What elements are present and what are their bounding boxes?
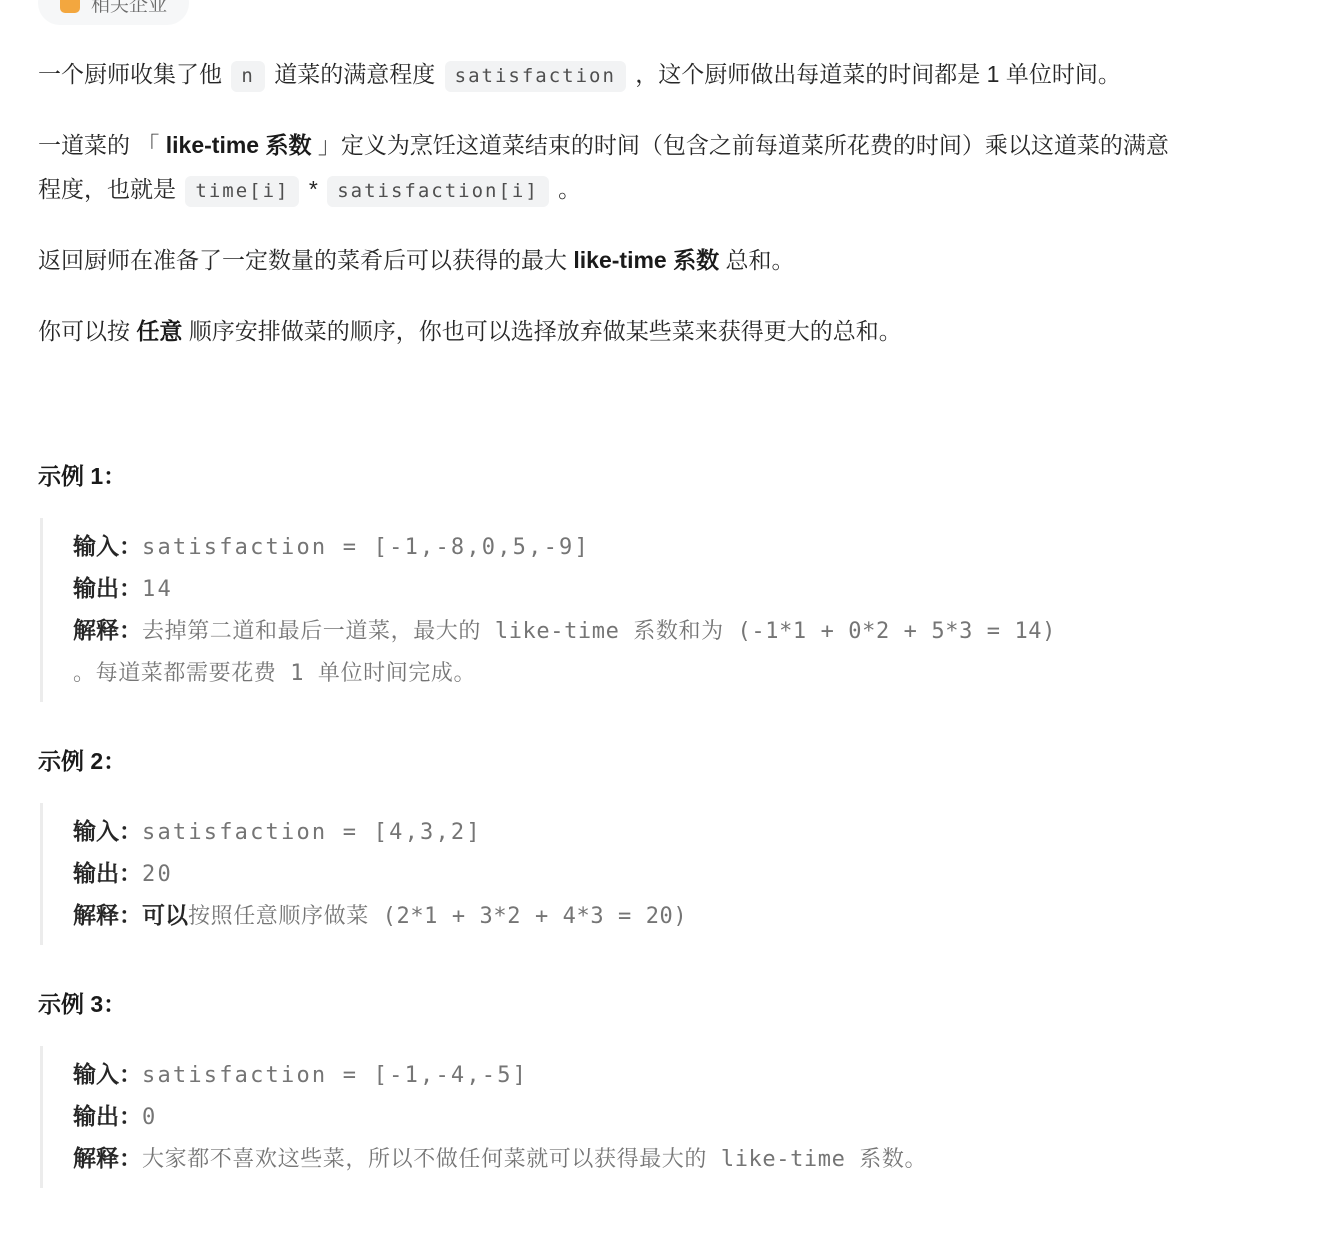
explanation-label: 解释： <box>73 902 142 928</box>
p3-text-2: 总和。 <box>719 247 794 273</box>
related-companies-label: 相关企业 <box>91 0 167 17</box>
example-3-input-value: satisfaction = [-1,-4,-5] <box>142 1063 528 1088</box>
p1-text-3: ，这个厨师做出每道菜的时间都是 1 单位时间。 <box>629 61 1121 87</box>
explanation-label: 解释： <box>73 1145 142 1171</box>
p4-text-2: 顺序安排做菜的顺序，你也可以选择放弃做某些菜来获得更大的总和。 <box>182 318 901 344</box>
p2-bold-like-time: like-time 系数 <box>166 132 312 158</box>
example-2-title: 示例 2： <box>38 746 1173 776</box>
example-1-title: 示例 1： <box>38 461 1173 491</box>
description-paragraph-3: 返回厨师在准备了一定数量的菜肴后可以获得的最大 like-time 系数 总和。 <box>38 238 1173 282</box>
problem-description-panel: 相关企业 一个厨师收集了他 n 道菜的满意程度 satisfaction ，这个… <box>0 0 1173 1188</box>
example-3-input-row: 输入：satisfaction = [-1,-4,-5] <box>73 1054 1173 1096</box>
inline-code-satisfaction: satisfaction <box>445 61 626 92</box>
example-2-block: 输入：satisfaction = [4,3,2] 输出：20 解释：可以按照任… <box>40 803 1173 945</box>
example-1-explanation-row: 解释：去掉第二道和最后一道菜，最大的 like-time 系数和为 (-1*1 … <box>73 610 1173 652</box>
input-label: 输入： <box>73 1061 142 1087</box>
example-1-input-value: satisfaction = [-1,-8,0,5,-9] <box>142 535 590 560</box>
p2-text-3: * <box>302 176 324 202</box>
example-3-output-value: 0 <box>142 1105 157 1130</box>
example-1-output-row: 输出：14 <box>73 568 1173 610</box>
example-3-explanation-text: 大家都不喜欢这些菜，所以不做任何菜就可以获得最大的 like-time 系数。 <box>142 1147 927 1172</box>
input-label: 输入： <box>73 533 142 559</box>
example-1-input-row: 输入：satisfaction = [-1,-8,0,5,-9] <box>73 526 1173 568</box>
p1-text-1: 一个厨师收集了他 <box>38 61 228 87</box>
output-label: 输出： <box>73 575 142 601</box>
p4-bold-any: 任意 <box>136 318 182 344</box>
example-3-block: 输入：satisfaction = [-1,-4,-5] 输出：0 解释：大家都… <box>40 1046 1173 1188</box>
explanation-label: 解释： <box>73 617 142 643</box>
output-label: 输出： <box>73 1103 142 1129</box>
companies-icon <box>60 0 80 13</box>
p1-text-2: 道菜的满意程度 <box>268 61 442 87</box>
example-2-output-row: 输出：20 <box>73 853 1173 895</box>
example-3-explanation-row: 解释：大家都不喜欢这些菜，所以不做任何菜就可以获得最大的 like-time 系… <box>73 1138 1173 1180</box>
p2-text-1: 一道菜的 「 <box>38 132 166 158</box>
output-label: 输出： <box>73 860 142 886</box>
related-companies-tag[interactable]: 相关企业 <box>38 0 189 25</box>
example-1-output-value: 14 <box>142 577 173 602</box>
description-paragraph-2: 一道菜的 「 like-time 系数 」定义为烹饪这道菜结束的时间（包含之前每… <box>38 123 1173 211</box>
p3-text-1: 返回厨师在准备了一定数量的菜肴后可以获得的最大 <box>38 247 573 273</box>
example-2-explanation-bold: 可以 <box>142 902 188 928</box>
p2-text-4: 。 <box>552 176 581 202</box>
description-paragraph-4: 你可以按 任意 顺序安排做菜的顺序，你也可以选择放弃做某些菜来获得更大的总和。 <box>38 309 1173 353</box>
tag-row: 相关企业 <box>38 0 1173 26</box>
example-3-output-row: 输出：0 <box>73 1096 1173 1138</box>
example-1-block: 输入：satisfaction = [-1,-8,0,5,-9] 输出：14 解… <box>40 518 1173 702</box>
p3-bold-like-time: like-time 系数 <box>573 247 719 273</box>
example-1-explanation-line-1: 去掉第二道和最后一道菜，最大的 like-time 系数和为 (-1*1 + 0… <box>142 619 1056 644</box>
example-2-explanation-row: 解释：可以按照任意顺序做菜 (2*1 + 3*2 + 4*3 = 20) <box>73 895 1173 937</box>
example-2-input-value: satisfaction = [4,3,2] <box>142 820 482 845</box>
example-1-explanation-row-2: 。每道菜都需要花费 1 单位时间完成。 <box>73 652 1173 694</box>
inline-code-n: n <box>231 61 264 92</box>
description-paragraph-1: 一个厨师收集了他 n 道菜的满意程度 satisfaction ，这个厨师做出每… <box>38 52 1173 96</box>
inline-code-time-i: time[i] <box>185 176 299 207</box>
input-label: 输入： <box>73 818 142 844</box>
example-2-output-value: 20 <box>142 862 173 887</box>
example-3-title: 示例 3： <box>38 989 1173 1019</box>
example-2-explanation-text: 按照任意顺序做菜 (2*1 + 3*2 + 4*3 = 20) <box>188 904 687 929</box>
example-2-input-row: 输入：satisfaction = [4,3,2] <box>73 811 1173 853</box>
example-1-explanation-line-2: 。每道菜都需要花费 1 单位时间完成。 <box>73 661 476 686</box>
inline-code-satisfaction-i: satisfaction[i] <box>327 176 549 207</box>
p4-text-1: 你可以按 <box>38 318 136 344</box>
